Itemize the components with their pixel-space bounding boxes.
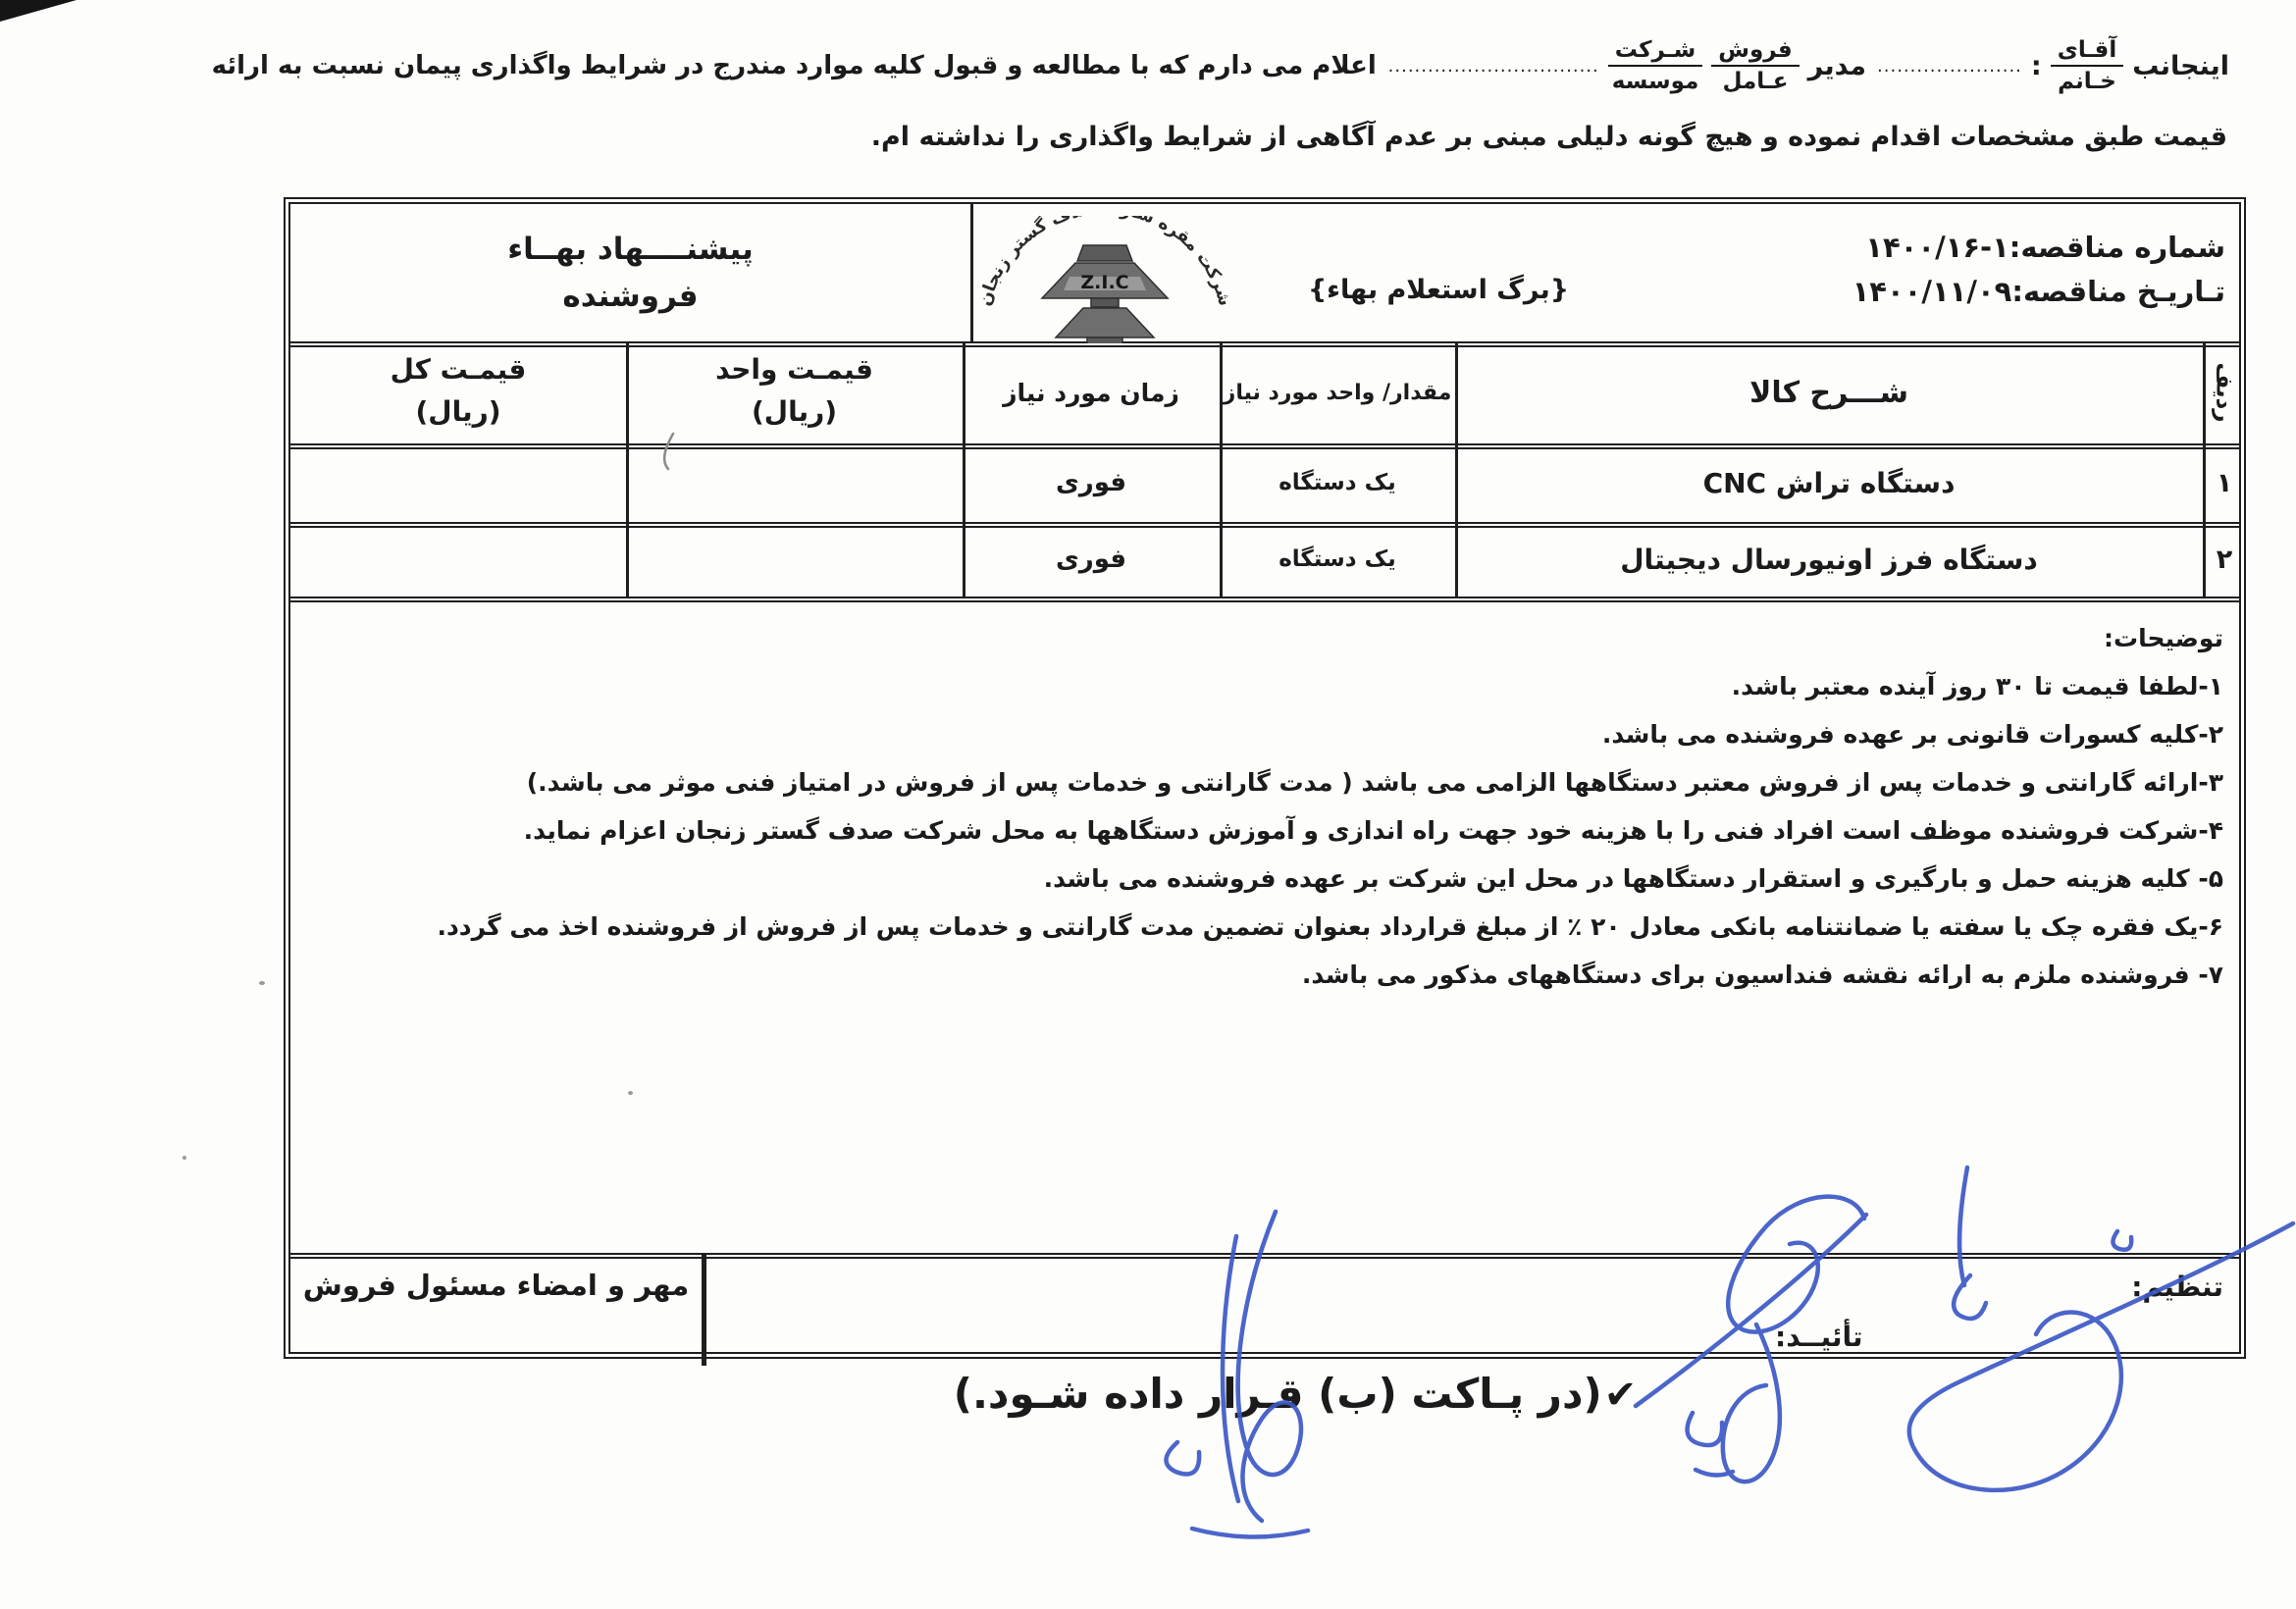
table-rule [702,1253,706,1366]
handwritten-signatures [1079,1128,2296,1589]
signature-middle [1636,1197,1866,1482]
proposal-subtitle: فروشنده [562,279,698,314]
company-label: شـرکت [1608,37,1703,67]
company-institute-fraction: شـرکت موسسه [1608,37,1703,95]
declaration-line-1: اعلام می دارم که با مطالعه و قبول کلیه م… [212,51,1377,80]
unit-price-title: قیمـت واحد [715,353,873,386]
company-blank-field[interactable]: ........................................… [1385,56,1599,77]
mrs-label: خـانم [2058,67,2116,94]
scan-speck [259,981,265,985]
row2-unit-price-field[interactable] [626,522,963,597]
company-logo: شرکت مقره سازی صدف گستر زنجان Z.I.C [965,216,1264,343]
scan-corner-artifact [0,0,77,22]
row-no-title: ردیف [2212,362,2237,422]
row1-description: دستگاه تراش CNC [1455,443,2203,522]
note-item: ۴-شرکت فروشنده موظف است افراد فنی را با … [330,806,2223,855]
declaration-line-2: قیمت طبق مشخصات اقدام نموده و هیچ گونه د… [871,122,2227,152]
stray-pen-mark [648,424,706,483]
row1-time: فوری [963,443,1220,522]
tender-info: شماره مناقصه:۱۴۰۰/۱۶-۱ تـاریـخ مناقصه:۱۴… [1852,226,2225,314]
note-item: ۱-لطفا قیمت تا ۳۰ روز آینده معتبر باشد. [330,662,2223,710]
signature-right [1909,1168,2293,1490]
applicant-prefix: اینجانب [2132,51,2229,81]
col-header-row-no: ردیف [2203,341,2246,443]
sales-label: فروش [1711,37,1799,67]
mr-label: آقـای [2051,37,2124,67]
tender-no-label: شماره مناقصه: [2009,231,2225,264]
notes-title: توضیحات: [330,614,2223,662]
row2-description: دستگاه فرز اونیورسال دیجیتال [1455,522,2203,597]
total-price-unit: (ریال) [415,395,500,428]
row1-total-price-field[interactable] [290,443,626,522]
note-item: ۳-ارائه گارانتی و خدمات پس از فروش معتبر… [330,758,2223,806]
scanned-price-inquiry-form: اینجانب آقـای خـانم : ..................… [0,0,2296,1609]
seal-signature-area[interactable]: مهر و امضاء مسئول فروش [290,1253,702,1364]
col-header-total-price: قیمـت کل (ریال) [290,341,626,443]
row1-quantity: یک دستگاه [1220,443,1455,522]
executive-label: عـامل [1722,67,1788,94]
note-item: ۷- فروشنده ملزم به ارائه نقشه فنداسیون ب… [330,951,2223,999]
col-header-time-needed: زمان مورد نیاز [963,341,1220,443]
proposal-title: پیشنــــهاد بهــاء [507,232,753,267]
note-item: ۶-یک فقره چک یا سفته یا ضمانتنامه بانکی … [330,903,2223,951]
tender-date-value: ۱۴۰۰/۱۱/۰۹ [1852,275,2012,308]
sheet-title: {برگ استعلام بهاء} [1281,275,1595,305]
mr-mrs-fraction: آقـای خـانم [2051,37,2124,95]
col-header-quantity: مقدار/ واحد مورد نیاز [1220,341,1455,443]
row1-number: ۱ [2203,443,2246,522]
col-header-description: شـــرح کالا [1455,341,2203,443]
manager-label: مدیر [1808,51,1866,81]
intro-line-1: اینجانب آقـای خـانم : ..................… [212,37,2229,95]
institute-label: موسسه [1612,67,1699,94]
tender-no-value: ۱۴۰۰/۱۶-۱ [1865,231,2009,264]
insulator-icon [1042,245,1168,343]
table-rule [290,597,2239,602]
row2-number: ۲ [2203,522,2246,597]
seller-proposal-heading: پیشنــــهاد بهــاء فروشنده [290,204,970,341]
name-blank-field[interactable]: ........................................… [1875,56,2022,77]
notes-section: توضیحات: ۱-لطفا قیمت تا ۳۰ روز آینده معت… [330,614,2223,999]
scan-speck [183,1156,186,1160]
note-item: ۵- کلیه هزینه حمل و بارگیری و استقرار دس… [330,855,2223,903]
unit-price-unit: (ریال) [752,395,837,428]
row2-total-price-field[interactable] [290,522,626,597]
row2-quantity: یک دستگاه [1220,522,1455,597]
signature-left [1166,1212,1308,1537]
logo-abbr: Z.I.C [1080,272,1128,293]
colon: : [2031,51,2042,81]
note-item: ۲-کلیه کسورات قانونی بر عهده فروشنده می … [330,710,2223,758]
total-price-title: قیمـت کل [391,353,527,386]
tender-date-label: تـاریـخ مناقصه: [2011,275,2225,308]
row2-time: فوری [963,522,1220,597]
sales-executive-fraction: فروش عـامل [1711,37,1799,95]
